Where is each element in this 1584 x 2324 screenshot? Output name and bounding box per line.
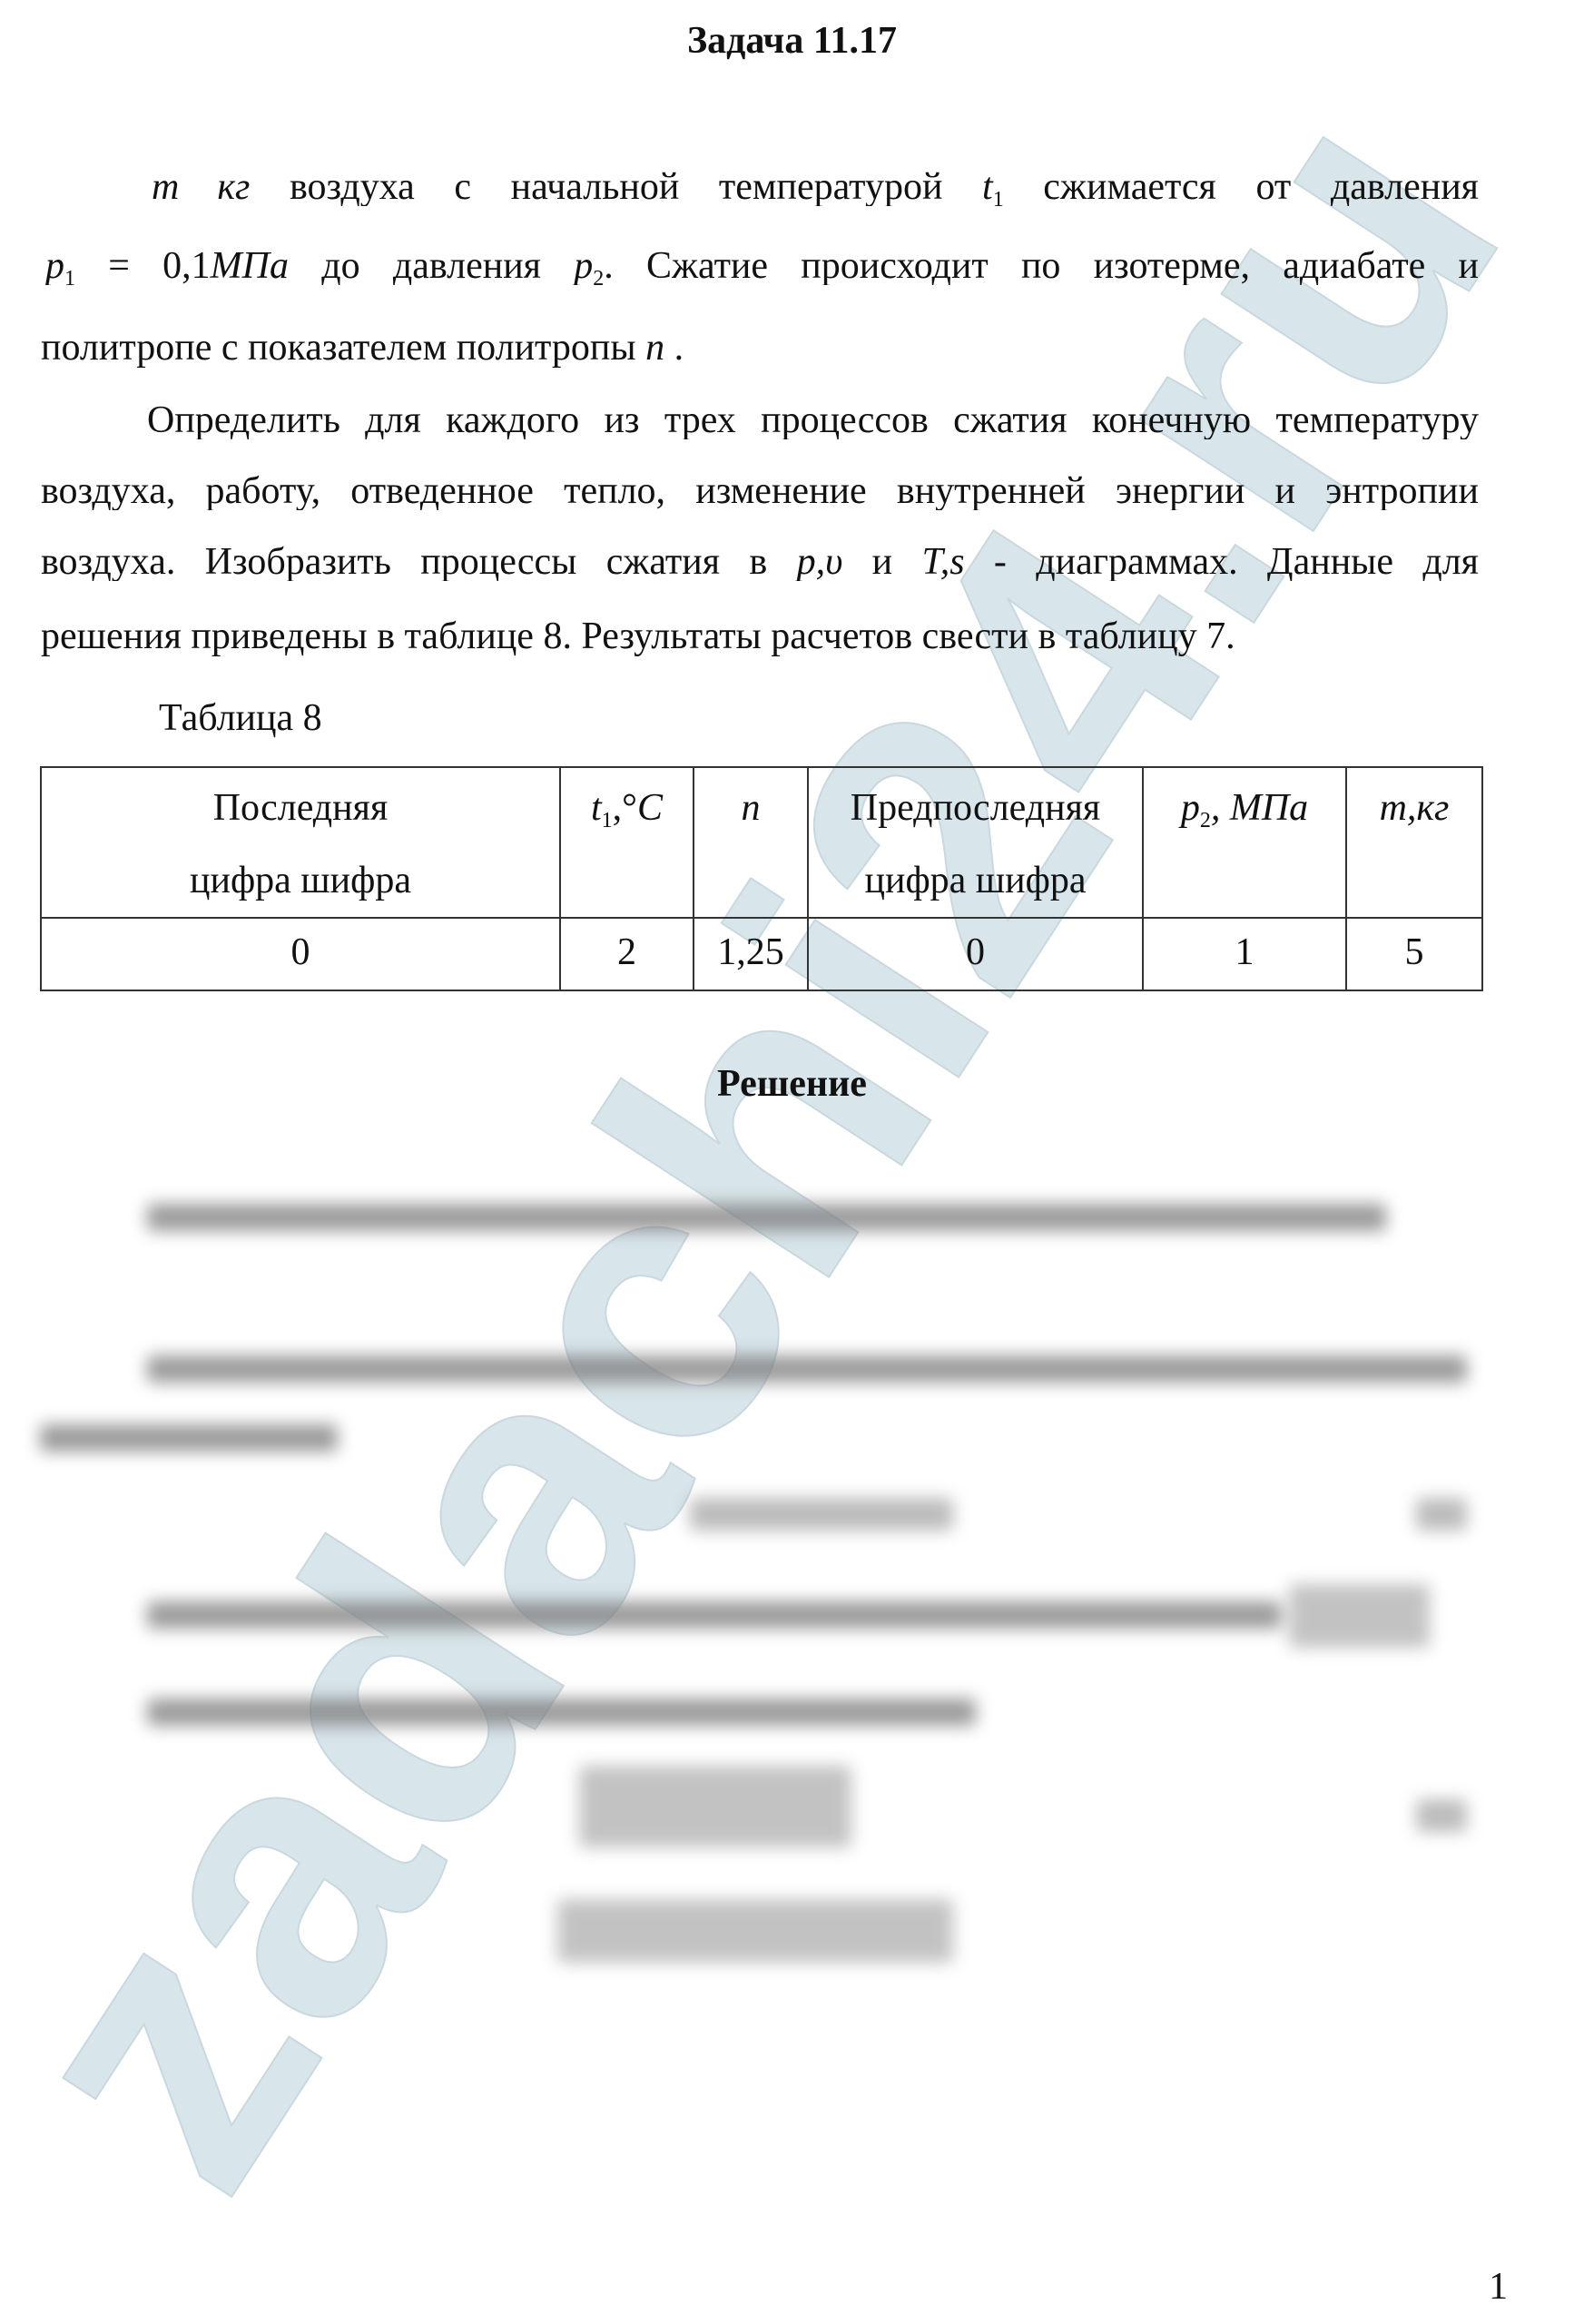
cell-n: 1,25 xyxy=(694,918,808,990)
header-cell-p2: p2, МПа xyxy=(1143,767,1346,918)
text-line: m кг воздуха с начальной температурой t1… xyxy=(152,168,1479,206)
subscript: 2 xyxy=(593,267,604,285)
math-symbol: m,кг xyxy=(1380,787,1450,829)
text-run: . xyxy=(664,327,684,369)
text-run: цифра шифра xyxy=(865,860,1087,901)
text-run: решения приведены в таблице 8. Результат… xyxy=(41,615,1235,657)
blurred-text-line xyxy=(147,1355,1467,1383)
cell-last-digit: 0 xyxy=(41,918,560,990)
text-run: до давления xyxy=(289,247,574,285)
header-cell-penultimate-digit: Предпоследняяцифра шифра xyxy=(808,767,1143,918)
math-symbol: n xyxy=(742,787,761,829)
math-symbol: n xyxy=(645,327,664,369)
blurred-text-line xyxy=(147,1699,976,1726)
header-cell-mass: m,кг xyxy=(1346,767,1482,918)
header-cell-last-digit: Последняяцифра шифра xyxy=(41,767,560,918)
math-symbol: C xyxy=(637,787,663,829)
blurred-text-line xyxy=(40,1424,338,1452)
math-symbol: p xyxy=(1181,787,1200,829)
math-symbol: МПа xyxy=(211,247,289,285)
text-run: и xyxy=(842,543,921,581)
text-run: - диаграммах. Данные для xyxy=(965,543,1479,581)
math-symbol: кг xyxy=(179,168,250,206)
blurred-formula xyxy=(579,1766,851,1847)
math-symbol: p,υ xyxy=(797,543,843,581)
text-line: воздуха. Изобразить процессы сжатия в p,… xyxy=(41,543,1479,581)
blurred-text-line xyxy=(147,1204,1386,1231)
blurred-text-line xyxy=(147,1601,1282,1629)
cell-p2: 1 xyxy=(1143,918,1346,990)
subscript: 1 xyxy=(993,188,1004,206)
subscript: 2 xyxy=(1200,809,1211,832)
page-title: Задача 11.17 xyxy=(0,22,1584,60)
text-run: Предпоследняя xyxy=(851,787,1100,829)
cell-t1: 2 xyxy=(560,918,694,990)
text-line: Определить для каждого из трех процессов… xyxy=(147,401,1479,439)
header-cell-n: n xyxy=(694,767,808,918)
text-line: p1 = 0,1МПа до давления p2. Сжатие проис… xyxy=(45,247,1479,285)
text-run: = 0,1 xyxy=(75,247,211,285)
header-cell-t1: t1,°C xyxy=(560,767,694,918)
text-run: Последняя xyxy=(213,787,389,829)
blurred-units xyxy=(1289,1584,1430,1648)
text-run: политропе с показателем политропы xyxy=(41,327,645,369)
text-line: воздуха, работу, отведенное тепло, измен… xyxy=(41,472,1479,510)
math-symbol: , МПа xyxy=(1211,787,1308,829)
blurred-equation-number xyxy=(1416,1799,1467,1832)
table-caption: Таблица 8 xyxy=(159,699,322,737)
text-run: цифра шифра xyxy=(190,860,411,901)
data-table: Последняяцифра шифра t1,°C n Предпоследн… xyxy=(40,766,1483,991)
text-run: ,° xyxy=(613,787,637,829)
text-run: Определить для каждого из трех процессов… xyxy=(147,401,1479,439)
math-symbol: T,s xyxy=(922,543,965,581)
subscript: 1 xyxy=(64,267,75,285)
subscript: 1 xyxy=(602,809,613,832)
document-page: Задача 11.17 m кг воздуха с начальной те… xyxy=(0,0,1584,2324)
text-line: политропе с показателем политропы n . xyxy=(41,329,684,367)
solution-heading: Решение xyxy=(0,1065,1584,1103)
table-row: 0 2 1,25 0 1 5 xyxy=(41,918,1482,990)
cell-mass: 5 xyxy=(1346,918,1482,990)
page-number: 1 xyxy=(1489,2268,1508,2306)
text-run: сжимается от давления xyxy=(1004,168,1479,206)
math-symbol: t xyxy=(591,787,602,829)
text-run: . Сжатие происходит по изотерме, адиабат… xyxy=(604,247,1479,285)
text-line: решения приведены в таблице 8. Результат… xyxy=(41,617,1235,655)
text-run: воздуха. Изобразить процессы сжатия в xyxy=(41,543,797,581)
math-symbol: t xyxy=(982,168,993,206)
blurred-formula xyxy=(690,1498,953,1531)
text-run: воздуха, работу, отведенное тепло, измен… xyxy=(41,472,1479,510)
math-symbol: m xyxy=(152,168,179,206)
cell-penultimate-digit: 0 xyxy=(808,918,1143,990)
math-symbol: p xyxy=(45,247,64,285)
text-run: воздуха с начальной температурой xyxy=(250,168,982,206)
math-symbol: p xyxy=(574,247,593,285)
blurred-equation-number xyxy=(1416,1498,1467,1531)
blurred-formula xyxy=(557,1899,953,1963)
table-header-row: Последняяцифра шифра t1,°C n Предпоследн… xyxy=(41,767,1482,918)
